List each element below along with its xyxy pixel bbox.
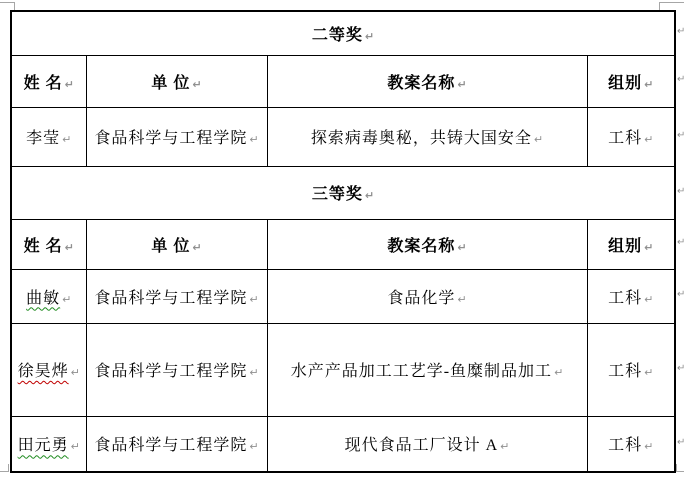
header-unit-label: 单 位 — [151, 238, 190, 255]
cell-lesson[interactable]: 食品化学↵ — [267, 269, 587, 323]
paragraph-mark-icon: ↵ — [644, 293, 653, 306]
cell-unit[interactable]: 食品科学与工程学院↵ — [86, 323, 267, 416]
cell-name[interactable]: 曲敏↵ — [11, 269, 86, 323]
paragraph-mark-icon: ↵ — [249, 293, 258, 306]
cell-unit[interactable]: 食品科学与工程学院↵ — [86, 269, 267, 323]
paragraph-mark-icon: ↵ — [249, 366, 258, 379]
paragraph-mark-icon: ↵ — [249, 133, 258, 146]
paragraph-mark-icon: ↵ — [71, 366, 80, 379]
header-unit-label: 单 位 — [151, 75, 190, 92]
cell-group[interactable]: 工科↵ — [587, 323, 675, 416]
awardee-unit: 食品科学与工程学院 — [94, 130, 247, 147]
group-label: 工科 — [608, 363, 642, 380]
cell-group[interactable]: 工科↵ — [587, 416, 675, 472]
cell-header-group[interactable]: 组别↵ — [587, 55, 675, 107]
paragraph-mark-icon: ↵ — [644, 366, 653, 379]
cell-header-name[interactable]: 姓 名↵ — [11, 219, 86, 269]
header-lesson-label: 教案名称 — [387, 75, 455, 92]
awardee-name: 曲敏 — [26, 290, 60, 307]
group-label: 工科 — [608, 130, 642, 147]
awardee-unit: 食品科学与工程学院 — [94, 290, 247, 307]
table-row: 徐昊烨↵ 食品科学与工程学院↵ 水产产品加工工艺学-鱼糜制品加工↵ 工科↵ — [11, 323, 675, 416]
cell-lesson[interactable]: 探索病毒奥秘，共铸大国安全↵ — [267, 107, 587, 166]
award-table: 二等奖↵ 姓 名↵ 单 位↵ 教案名称↵ 组别↵ 李莹↵ 食品科学与工程学院↵ … — [10, 10, 676, 473]
awardee-unit: 食品科学与工程学院 — [94, 363, 247, 380]
table-row: 李莹↵ 食品科学与工程学院↵ 探索病毒奥秘，共铸大国安全↵ 工科↵ — [11, 107, 675, 166]
lesson-title: 水产产品加工工艺学-鱼糜制品加工 — [291, 363, 552, 380]
paragraph-mark-icon: ↵ — [65, 241, 74, 254]
header-row: 姓 名↵ 单 位↵ 教案名称↵ 组别↵ — [11, 55, 675, 107]
row-end-mark-icon: ↵ — [677, 364, 684, 374]
header-name-label: 姓 名 — [24, 238, 63, 255]
margin-crop-mark-bottom-right-icon — [676, 464, 684, 472]
header-name-label: 姓 名 — [24, 75, 63, 92]
cell-header-group[interactable]: 组别↵ — [587, 219, 675, 269]
cell-name[interactable]: 徐昊烨↵ — [11, 323, 86, 416]
paragraph-mark-icon: ↵ — [644, 78, 653, 91]
section-title-row: 三等奖↵ — [11, 166, 675, 219]
row-end-mark-icon: ↵ — [677, 27, 684, 37]
header-group-label: 组别 — [608, 75, 642, 92]
cell-lesson[interactable]: 水产产品加工工艺学-鱼糜制品加工↵ — [267, 323, 587, 416]
row-end-mark-icon: ↵ — [677, 290, 684, 300]
margin-crop-mark-top-left-icon — [0, 2, 15, 10]
paragraph-mark-icon: ↵ — [644, 440, 653, 453]
paragraph-mark-icon: ↵ — [365, 30, 374, 43]
table-row: 田元勇↵ 食品科学与工程学院↵ 现代食品工厂设计 A↵ 工科↵ — [11, 416, 675, 472]
header-lesson-label: 教案名称 — [387, 238, 455, 255]
document-page: ↵ ↵ ↵ ↵ ↵ ↵ ↵ ↵ 二等奖↵ 姓 名↵ 单 位↵ 教案名称↵ 组别↵… — [0, 0, 684, 477]
paragraph-mark-icon: ↵ — [554, 366, 563, 379]
awardee-name: 徐昊烨 — [18, 363, 69, 380]
cell-header-name[interactable]: 姓 名↵ — [11, 55, 86, 107]
paragraph-mark-icon: ↵ — [457, 293, 466, 306]
paragraph-mark-icon: ↵ — [644, 241, 653, 254]
lesson-title: 食品化学 — [387, 290, 455, 307]
group-label: 工科 — [608, 437, 642, 454]
awardee-unit: 食品科学与工程学院 — [94, 437, 247, 454]
cell-section-title[interactable]: 三等奖↵ — [11, 166, 675, 219]
paragraph-mark-icon: ↵ — [192, 241, 201, 254]
paragraph-mark-icon: ↵ — [71, 440, 80, 453]
header-row: 姓 名↵ 单 位↵ 教案名称↵ 组别↵ — [11, 219, 675, 269]
row-end-mark-icon: ↵ — [677, 75, 684, 85]
paragraph-mark-icon: ↵ — [192, 78, 201, 91]
row-end-mark-icon: ↵ — [677, 187, 684, 197]
cell-name[interactable]: 李莹↵ — [11, 107, 86, 166]
paragraph-mark-icon: ↵ — [249, 440, 258, 453]
cell-unit[interactable]: 食品科学与工程学院↵ — [86, 416, 267, 472]
cell-header-lesson[interactable]: 教案名称↵ — [267, 55, 587, 107]
section-title-text: 二等奖 — [312, 27, 363, 44]
paragraph-mark-icon: ↵ — [65, 78, 74, 91]
paragraph-mark-icon: ↵ — [534, 133, 543, 146]
cell-header-lesson[interactable]: 教案名称↵ — [267, 219, 587, 269]
cell-group[interactable]: 工科↵ — [587, 107, 675, 166]
cell-header-unit[interactable]: 单 位↵ — [86, 219, 267, 269]
section-title-row: 二等奖↵ — [11, 11, 675, 55]
row-end-mark-icon: ↵ — [677, 438, 684, 448]
margin-crop-mark-bottom-left-icon — [0, 464, 9, 472]
table-row: 曲敏↵ 食品科学与工程学院↵ 食品化学↵ 工科↵ — [11, 269, 675, 323]
paragraph-mark-icon: ↵ — [500, 440, 509, 453]
cell-name[interactable]: 田元勇↵ — [11, 416, 86, 472]
paragraph-mark-icon: ↵ — [62, 133, 71, 146]
paragraph-mark-icon: ↵ — [644, 133, 653, 146]
cell-header-unit[interactable]: 单 位↵ — [86, 55, 267, 107]
awardee-name: 田元勇 — [18, 437, 69, 454]
section-title-text: 三等奖 — [312, 186, 363, 203]
margin-crop-mark-top-right-icon — [659, 2, 684, 10]
awardee-name: 李莹 — [26, 130, 60, 147]
row-end-mark-icon: ↵ — [677, 131, 684, 141]
cell-lesson[interactable]: 现代食品工厂设计 A↵ — [267, 416, 587, 472]
row-end-mark-icon: ↵ — [677, 238, 684, 248]
cell-unit[interactable]: 食品科学与工程学院↵ — [86, 107, 267, 166]
cell-group[interactable]: 工科↵ — [587, 269, 675, 323]
lesson-title: 现代食品工厂设计 A — [345, 437, 499, 454]
paragraph-mark-icon: ↵ — [62, 293, 71, 306]
header-group-label: 组别 — [608, 238, 642, 255]
paragraph-mark-icon: ↵ — [365, 189, 374, 202]
lesson-title: 探索病毒奥秘，共铸大国安全 — [311, 130, 532, 147]
group-label: 工科 — [608, 290, 642, 307]
cell-section-title[interactable]: 二等奖↵ — [11, 11, 675, 55]
paragraph-mark-icon: ↵ — [457, 78, 466, 91]
paragraph-mark-icon: ↵ — [457, 241, 466, 254]
